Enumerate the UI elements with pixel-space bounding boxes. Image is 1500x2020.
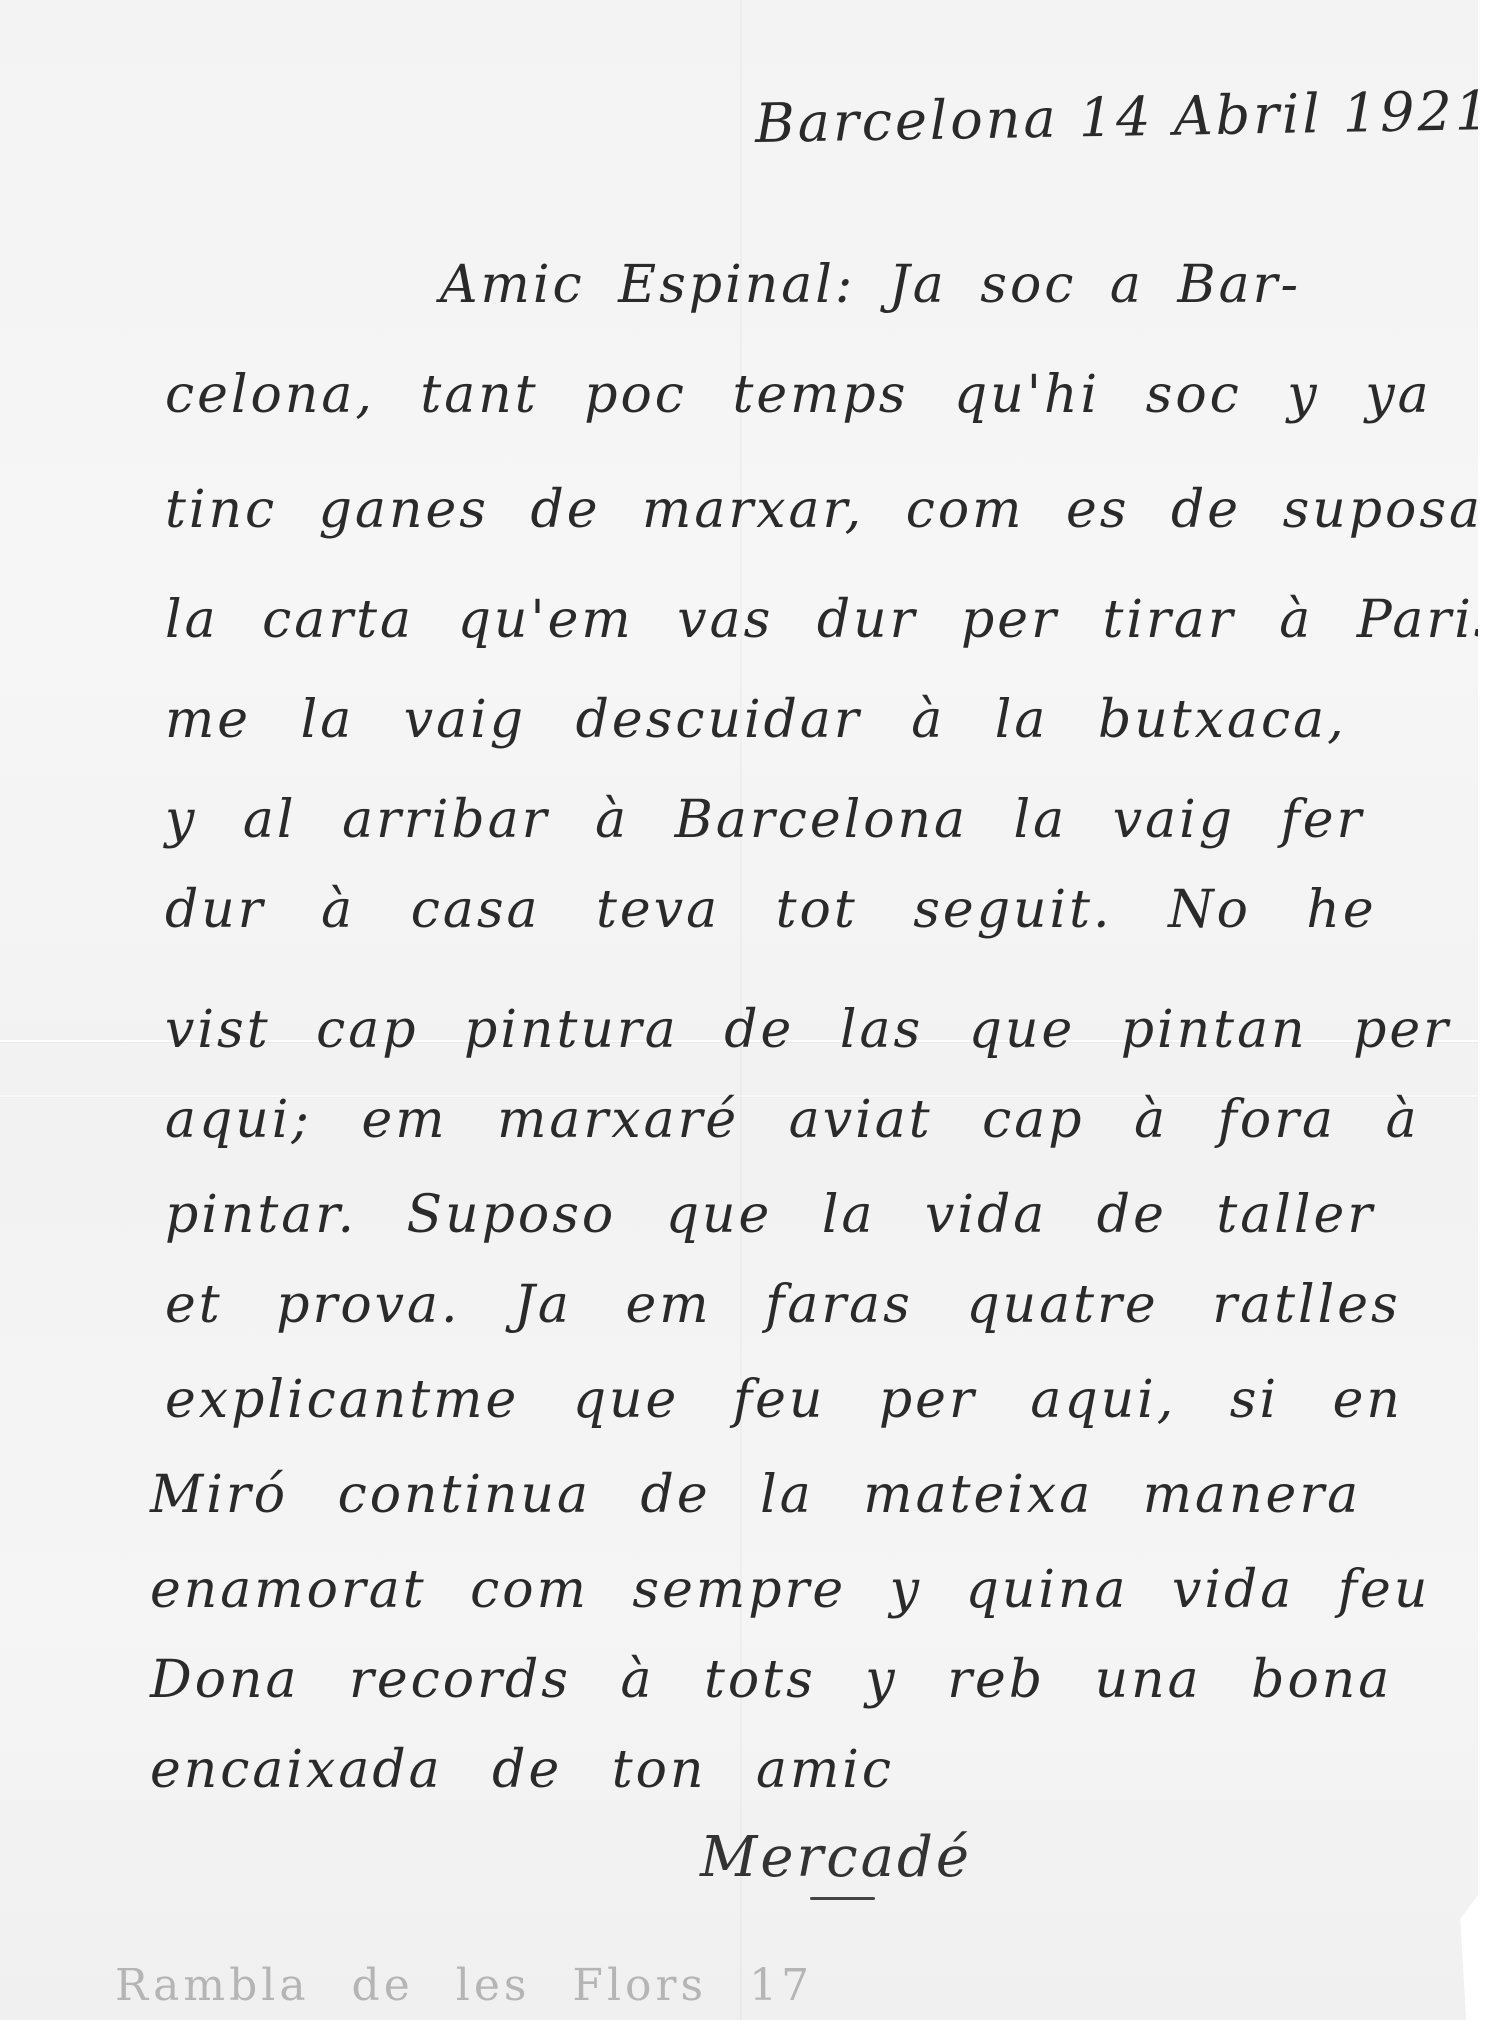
body-line-13: Miró continua de la mateixa manera — [150, 1465, 1361, 1525]
body-line-14: enamorat com sempre y quina vida feu — [150, 1560, 1430, 1620]
place-date-line: Barcelona 14 Abril 1921 — [754, 79, 1492, 155]
body-line-6: y al arribar à Barcelona la vaig fer — [165, 790, 1364, 850]
body-line-5: me la vaig descuidar à la butxaca, — [165, 690, 1347, 750]
body-line-15: Dona records à tots y reb una bona — [150, 1650, 1392, 1710]
pencil-address-note: Rambla de les Flors 17 — [115, 1960, 813, 2011]
body-line-12: explicantme que feu per aqui, si en — [165, 1370, 1403, 1430]
body-line-2: celona, tant poc temps qu'hi soc y ya — [165, 365, 1432, 425]
body-line-9: aqui; em marxaré aviat cap à fora à — [165, 1090, 1420, 1150]
body-line-7: dur à casa teva tot seguit. No he — [165, 880, 1377, 940]
signature-underline — [810, 1897, 875, 1900]
body-line-1: Amic Espinal: Ja soc a Bar- — [440, 255, 1301, 315]
body-line-10: pintar. Suposo que la vida de taller — [165, 1185, 1375, 1245]
body-line-8: vist cap pintura de las que pintan per — [165, 1000, 1451, 1060]
body-line-4: la carta qu'em vas dur per tirar à Paris — [165, 590, 1500, 650]
letter-paper: Barcelona 14 Abril 1921 Amic Espinal: Ja… — [0, 0, 1478, 2020]
body-line-3: tinc ganes de marxar, com es de suposar — [165, 480, 1500, 540]
body-line-11: et prova. Ja em faras quatre ratlles — [165, 1275, 1401, 1335]
body-line-16: encaixada de ton amic — [150, 1740, 894, 1800]
signature: Mercadé — [700, 1825, 972, 1890]
